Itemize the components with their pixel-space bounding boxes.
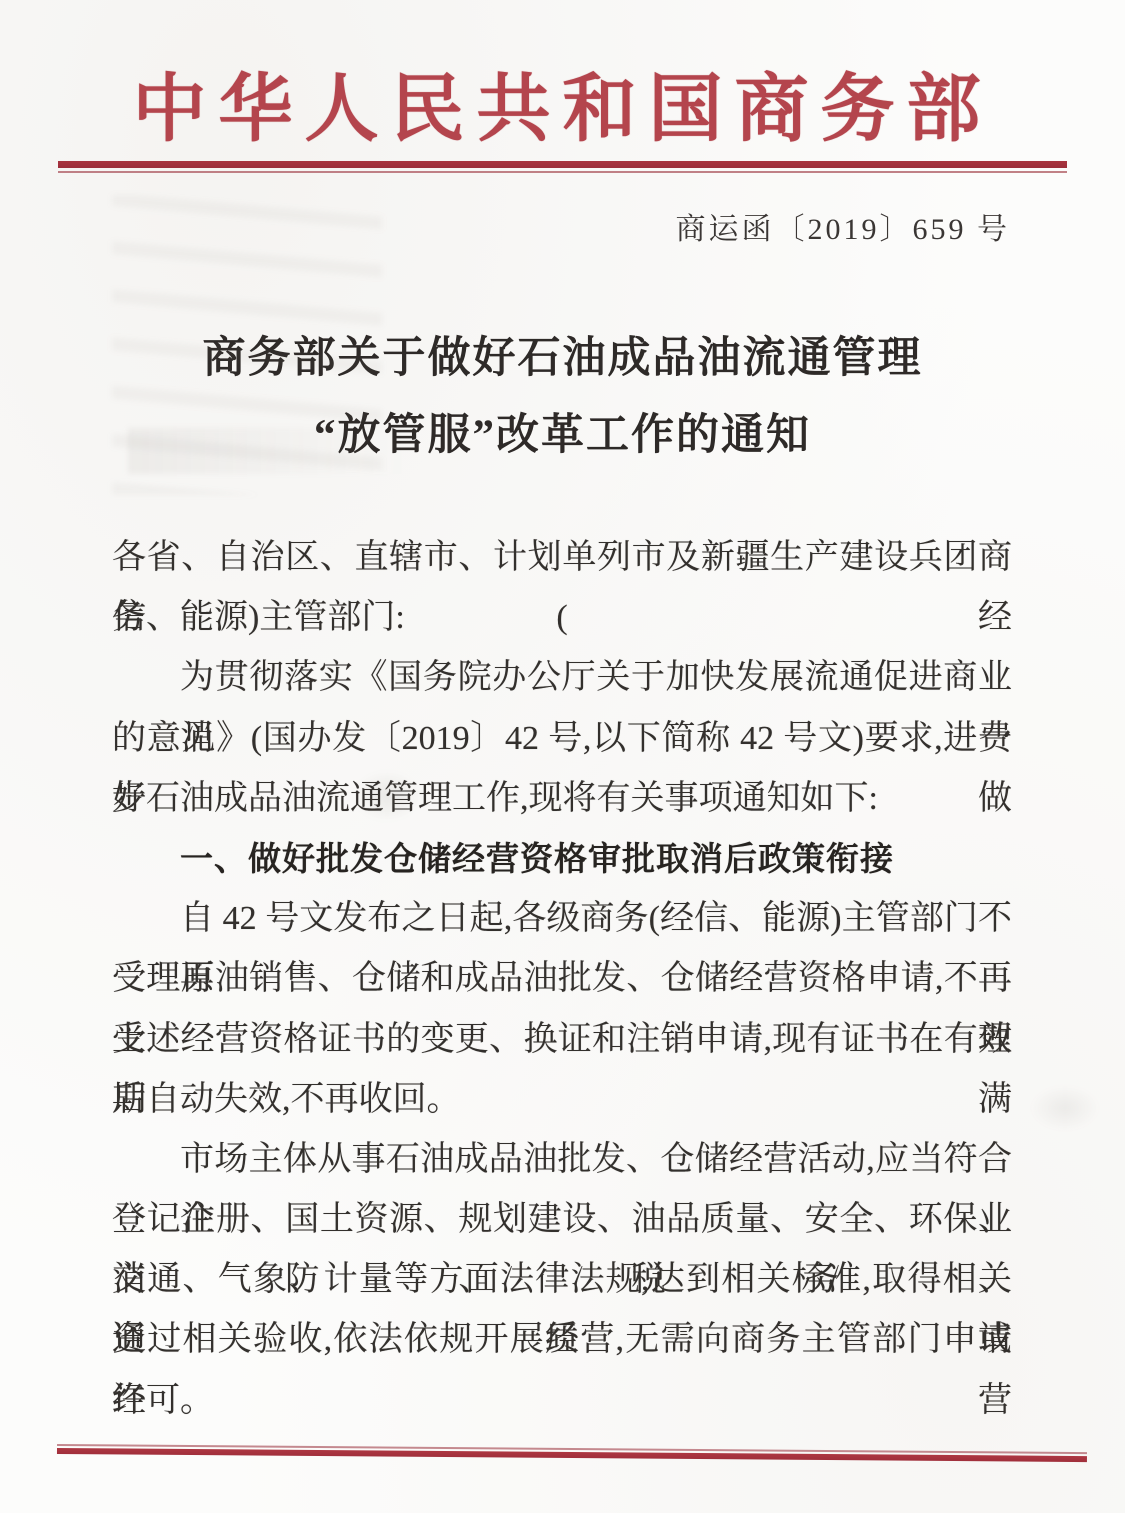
body-line-para3-2: 登记注册、国土资源、规划建设、油品质量、安全、环保、消防、税务、 [112, 1190, 1012, 1250]
body-line-salutation-1: 各省、自治区、直辖市、计划单列市及新疆生产建设兵团商务(经 [112, 528, 1012, 588]
body-line-para3-1: 市场主体从事石油成品油批发、仓储经营活动,应当符合企业 [112, 1130, 1012, 1190]
body-line-para1-1: 为贯彻落实《国务院办公厅关于加快发展流通促进商业消费 [112, 648, 1012, 708]
letterhead-rule-thin [58, 171, 1067, 173]
letterhead-rule-thick [58, 161, 1067, 168]
document-page: 中华人民共和国商务部 商运函〔2019〕659 号 商务部关于做好石油成品油流通… [0, 0, 1125, 1513]
document-body: 各省、自治区、直辖市、计划单列市及新疆生产建设兵团商务(经 信、能源)主管部门:… [112, 528, 1012, 1431]
body-line-para1-2: 的意见》(国办发〔2019〕42 号,以下简称 42 号文)要求,进一步做 [112, 709, 1012, 769]
document-title-line2: “放管服”改革工作的通知 [0, 397, 1125, 474]
body-line-para3-4: 通过相关验收,依法依规开展经营,无需向商务主管部门申请经营 [112, 1310, 1012, 1370]
footer-rule [57, 1444, 1087, 1462]
body-section-heading-1: 一、做好批发仓储经营资格审批取消后政策衔接 [112, 829, 1012, 889]
body-line-para2-2: 受理原油销售、仓储和成品油批发、仓储经营资格申请,不再受理 [112, 949, 1012, 1009]
body-line-para2-1: 自 42 号文发布之日起,各级商务(经信、能源)主管部门不再 [112, 889, 1012, 949]
body-line-para1-3: 好石油成品油流通管理工作,现将有关事项通知如下: [112, 769, 1012, 829]
body-line-para3-3: 交通、气象、计量等方面法律法规,达到相关标准,取得相关资质或 [112, 1250, 1012, 1310]
document-number: 商运函〔2019〕659 号 [676, 204, 1011, 248]
document-title-line1: 商务部关于做好石油成品油流通管理 [0, 320, 1125, 397]
scan-smudge-artifact [1030, 1085, 1100, 1131]
document-title: 商务部关于做好石油成品油流通管理 “放管服”改革工作的通知 [0, 320, 1125, 474]
body-line-para2-3: 上述经营资格证书的变更、换证和注销申请,现有证书在有效期满 [112, 1010, 1012, 1070]
letterhead-rule [58, 161, 1067, 173]
letterhead-title: 中华人民共和国商务部 [0, 50, 1125, 156]
